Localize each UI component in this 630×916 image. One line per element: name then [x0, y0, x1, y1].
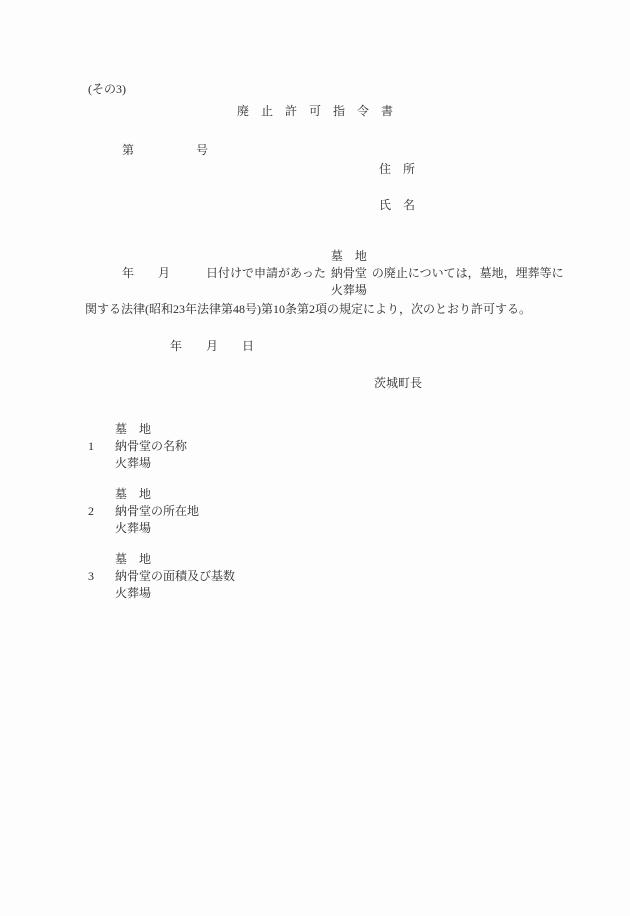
facility-option-graveyard: 墓 地: [115, 486, 151, 503]
recipient-address-label: 住 所: [379, 161, 415, 178]
recipient-name-label: 氏 名: [379, 197, 415, 214]
list-item: 2 墓 地 納骨堂の所在地 火葬場: [88, 486, 199, 537]
item-option-stack: 墓 地 納骨堂の面積及び基数 火葬場: [115, 551, 235, 602]
doc-number-blank: [134, 142, 196, 159]
item-option-stack: 墓 地 納骨堂の名称 火葬場: [115, 421, 187, 472]
facility-option-crematory: 火葬場: [115, 585, 151, 602]
item-label: 納骨堂の面積及び基数: [115, 568, 235, 585]
page-note: (その3): [88, 81, 126, 98]
item-number: 2: [88, 486, 115, 537]
list-item: 3 墓 地 納骨堂の面積及び基数 火葬場: [88, 551, 235, 602]
item-label: 納骨堂の所在地: [115, 503, 199, 520]
document-page: (その3) 廃 止 許 可 指 令 書 第 号 住 所 氏 名 年 月 日付けで…: [0, 0, 630, 916]
facility-option-crematory: 火葬場: [115, 455, 151, 472]
facility-option-stack: 墓 地 納骨堂 火葬場: [331, 248, 367, 299]
doc-number-line: 第 号: [122, 142, 208, 159]
body-law-line: 関する法律(昭和23年法律第48号)第10条第2項の規定により，次のとおり許可す…: [85, 301, 531, 318]
doc-number-suffix: 号: [196, 142, 208, 159]
doc-number-prefix: 第: [122, 142, 134, 159]
facility-option-charnel: 納骨堂: [331, 265, 367, 282]
facility-option-graveyard: 墓 地: [115, 421, 151, 438]
item-option-stack: 墓 地 納骨堂の所在地 火葬場: [115, 486, 199, 537]
issue-date-line: 年 月 日: [170, 338, 254, 355]
facility-option-crematory: 火葬場: [115, 520, 151, 537]
document-title: 廃 止 許 可 指 令 書: [0, 103, 630, 120]
item-number: 3: [88, 551, 115, 602]
body-sentence: 年 月 日付けで申請があった 墓 地 納骨堂 火葬場 の廃止については，墓地，埋…: [122, 248, 564, 299]
body-sentence-suffix: の廃止については，墓地，埋葬等に: [372, 265, 564, 282]
facility-option-crematory: 火葬場: [331, 282, 367, 299]
body-sentence-prefix: 年 月 日付けで申請があった: [122, 265, 326, 282]
item-label: 納骨堂の名称: [115, 438, 187, 455]
facility-option-graveyard: 墓 地: [115, 551, 151, 568]
list-item: 1 墓 地 納骨堂の名称 火葬場: [88, 421, 187, 472]
facility-option-graveyard: 墓 地: [331, 248, 367, 265]
item-number: 1: [88, 421, 115, 472]
issuer-name: 茨城町長: [374, 375, 422, 392]
